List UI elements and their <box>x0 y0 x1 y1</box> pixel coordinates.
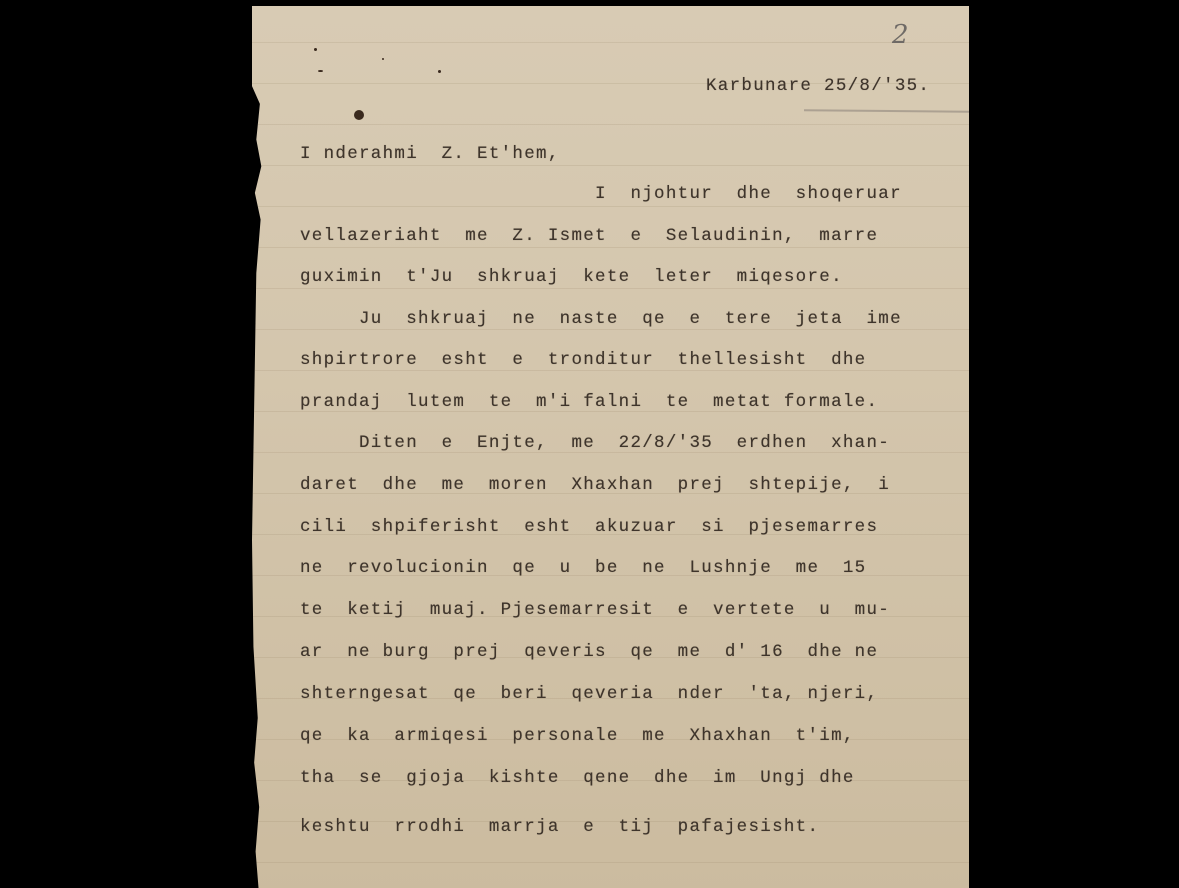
text-line: ar ne burg prej qeveris qe me d' 16 dhe … <box>300 642 878 662</box>
text-line: I njohtur dhe shoqeruar <box>300 184 902 204</box>
text-line: guximin t'Ju shkruaj kete leter miqesore… <box>300 267 843 287</box>
text-line: te ketij muaj. Pjesemarresit e vertete u… <box>300 600 890 620</box>
ink-speck <box>318 70 323 72</box>
text-line: vellazeriaht me Z. Ismet e Selaudinin, m… <box>300 226 878 246</box>
salutation: I nderahmi Z. Et'hem, <box>300 144 560 164</box>
text-line: daret dhe me moren Xhaxhan prej shtepije… <box>300 475 890 495</box>
text-line: prandaj lutem te m'i falni te metat form… <box>300 392 878 412</box>
page-number: 2 <box>892 20 909 50</box>
text-line: shpirtrore esht e tronditur thellesisht … <box>300 350 866 370</box>
text-line: keshtu rrodhi marrja e tij pafajesisht. <box>300 817 819 837</box>
ink-speck <box>438 70 441 73</box>
ink-speck <box>382 58 384 60</box>
ink-speck <box>314 48 317 51</box>
ink-stain <box>354 110 364 120</box>
text-line: qe ka armiqesi personale me Xhaxhan t'im… <box>300 726 855 746</box>
text-line: Diten e Enjte, me 22/8/'35 erdhen xhan- <box>300 433 890 453</box>
text-line: shterngesat qe beri qeveria nder 'ta, nj… <box>300 684 878 704</box>
text-line: cili shpiferisht esht akuzuar si pjesema… <box>300 517 878 537</box>
letter-page: 2 Karbunare 25/8/'35. I nderahmi Z. Et'h… <box>252 6 969 888</box>
text-line: ne revolucionin qe u be ne Lushnje me 15 <box>300 558 866 578</box>
place-date: Karbunare 25/8/'35. <box>706 76 930 96</box>
text-line: tha se gjoja kishte qene dhe im Ungj dhe <box>300 768 855 788</box>
text-line: Ju shkruaj ne naste qe e tere jeta ime <box>300 309 902 329</box>
